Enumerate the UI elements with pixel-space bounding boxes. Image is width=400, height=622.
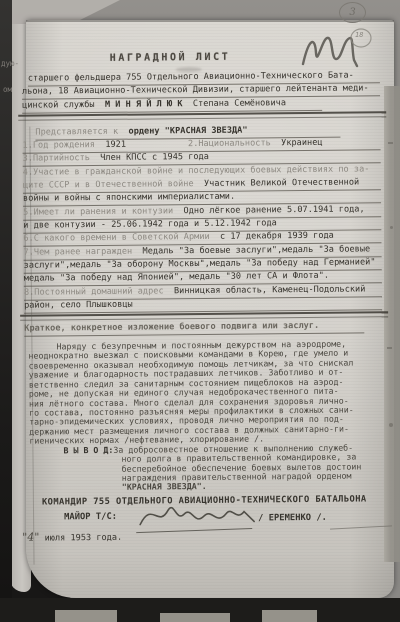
conclusion-label: В Ы В О Д: [63, 445, 113, 455]
awards-value-3: медаль "За победу над Японией", медаль "… [24, 271, 329, 284]
handwritten-signature [130, 491, 265, 537]
address-value-2: район, село Плышковцы [24, 300, 133, 311]
address-value-1: Винницкая область, Каменец-Подольский [174, 284, 366, 296]
wounds-label: 5.Имеет ли ранения и контузии [23, 206, 183, 218]
rule-gap [126, 146, 188, 147]
margin-ink-mark [388, 142, 393, 144]
conclusion-line-5: "КРАСНАЯ ЗВЕЗДА". [122, 481, 207, 492]
service-label: цинской службы [22, 100, 105, 111]
birth-label: 1.Год рождения [22, 140, 105, 151]
margin-ink-mark [387, 347, 392, 349]
party-label: 3.Партийность [23, 153, 101, 164]
war-label-2: щите СССР и в Отечественной войне [23, 179, 204, 191]
date-text: июля 1953 года. [39, 533, 122, 544]
nationality-value: Украинец [281, 138, 323, 148]
margin-ink-mark [389, 423, 393, 427]
nationality-label: 2.Национальность [188, 138, 281, 149]
wounds-value-1: Одно лёгкое ранение 5.07.1941 года, [183, 204, 364, 216]
surname: М И Н Я Й Л Ю К [105, 99, 183, 110]
awards-label: 7.Чем ранее награжден [23, 247, 142, 258]
awards-value-1: Медаль "За боевые заслуги",медаль "За бо… [142, 244, 370, 256]
signer-name: / ЕРЕМЕНКО /. [258, 513, 327, 526]
header-line: льона, 18 Авиационно-Технической Дивизии… [22, 83, 380, 99]
document-title: НАГРАДНОЙ ЛИСТ [110, 52, 231, 64]
army-value: с 17 декабря 1939 года [220, 231, 334, 242]
party-value: Член КПСС с 1945 года [100, 152, 209, 163]
date-line: "4" июля 1953 года. [22, 531, 122, 544]
war-value-2: войны и войны с японскими империалистами… [23, 192, 235, 204]
army-label: 6.С какого времени в Советской Армии [23, 232, 220, 244]
handwritten-day: "4" [22, 531, 39, 544]
address-label: 8.Постоянный домашний адрес [24, 286, 174, 297]
birth-value: 1921 [105, 140, 126, 150]
wounds-value-2: и две контузии - 25.06.1942 года и 5.12.… [23, 218, 277, 230]
given-names: Степана Семёновича [182, 98, 286, 109]
war-value-1: Участник Великой Отечественной [204, 177, 359, 188]
present-label: Представляется к [35, 127, 128, 138]
war-label-1: 4.Участие в гражданской войне и последую… [23, 164, 370, 177]
margin-ink-mark [390, 226, 393, 229]
present-value: ордену "КРАСНАЯ ЗВЕЗДА" [128, 126, 247, 137]
awards-value-2: заслуги",медаль "За оборону Москвы",меда… [24, 257, 376, 270]
rank-line: МАЙОР Т/С: [64, 512, 117, 525]
header-line-text: старшего фельдшера 755 Отдельного Авиаци… [28, 71, 354, 84]
header-line-text: льона, 18 Авиационно-Технической Дивизии… [22, 83, 369, 96]
section-heading: Краткое, конкретное изложение боевого по… [24, 320, 364, 336]
